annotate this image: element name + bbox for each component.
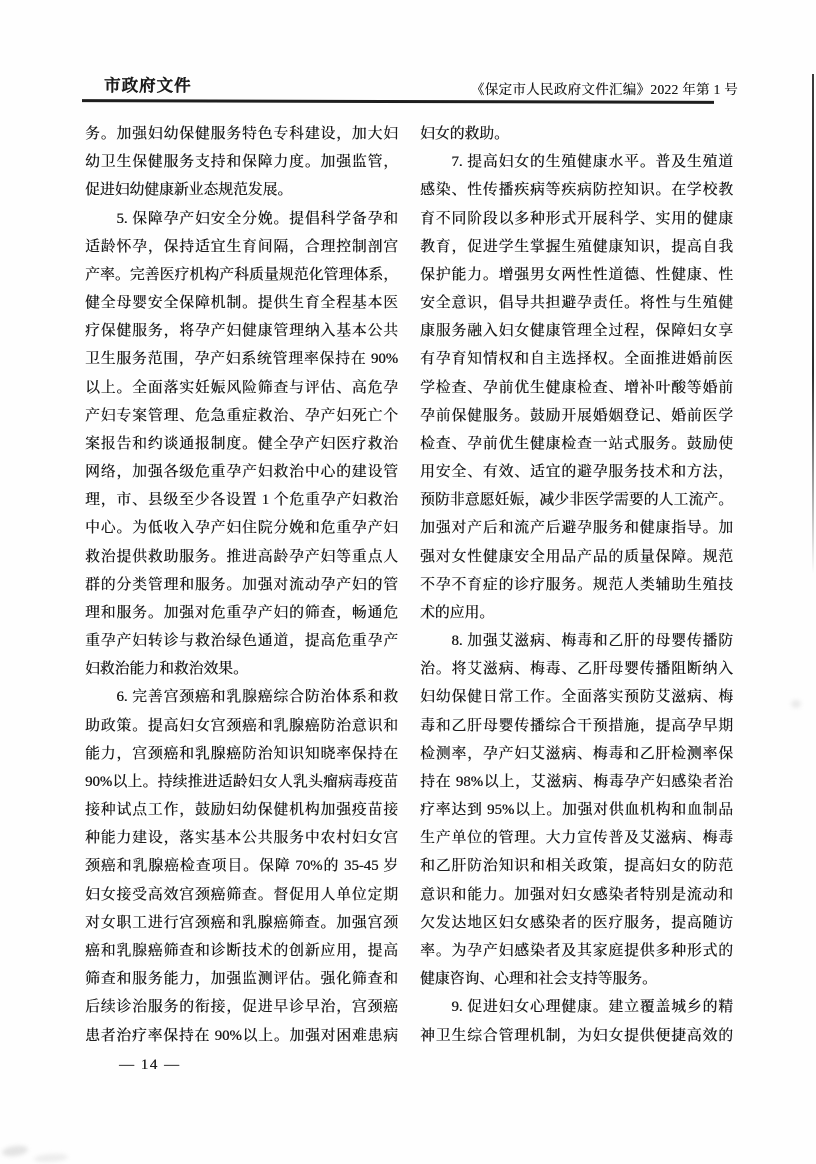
text-line: 重孕产妇转诊与救治绿色通道，提高危重孕产 xyxy=(85,627,398,655)
text-line: 对女职工进行宫颈癌和乳腺癌筛查。加强宫颈 xyxy=(85,909,398,937)
text-line: 理，市、县级至少各设置 1 个危重孕产妇救治 xyxy=(85,486,398,514)
text-line: 案报告和约谈通报制度。健全孕产妇医疗救治 xyxy=(85,430,398,458)
text-line: 用安全、有效、适宜的避孕服务技术和方法， xyxy=(420,458,733,486)
text-line: 群的分类管理和服务。加强对流动孕产妇的管 xyxy=(85,571,398,599)
text-line: 加强对产后和流产后避孕服务和健康指导。加 xyxy=(420,514,733,542)
text-line: 孕前保健服务。鼓励开展婚姻登记、婚前医学 xyxy=(420,402,733,430)
text-line: 能力，宫颈癌和乳腺癌防治知识知晓率保持在 xyxy=(85,740,398,768)
text-line: 癌和乳腺癌筛查和诊断技术的创新应用，提高 xyxy=(85,937,398,965)
text-line: 和乙肝防治知识和相关政策，提高妇女的防范 xyxy=(420,852,733,880)
text-line: 8. 加强艾滋病、梅毒和乙肝的母婴传播防 xyxy=(420,627,733,655)
document-page: 市政府文件 《保定市人民政府文件汇编》2022 年第 1 号 务。加强妇幼保健服… xyxy=(0,0,816,1164)
text-line: 健全母婴安全保障机制。提供生育全程基本医 xyxy=(85,289,398,317)
header-section-title: 市政府文件 xyxy=(104,72,192,96)
text-line: 6. 完善宫颈癌和乳腺癌综合防治体系和救 xyxy=(85,683,398,711)
right-column: 妇女的救助。 7. 提高妇女的生殖健康水平。普及生殖道感染、性传播疾病等疾病防控… xyxy=(420,120,733,1050)
header-rule xyxy=(82,99,714,104)
text-line: 康服务融入妇女健康管理全过程，保障妇女享 xyxy=(420,317,733,345)
text-line: 感染、性传播疾病等疾病防控知识。在学校教 xyxy=(420,176,733,204)
scan-edge-artifact xyxy=(812,74,814,574)
text-line: 不孕不育症的诊疗服务。规范人类辅助生殖技 xyxy=(420,571,733,599)
text-line: 90%以上。持续推进适龄妇女人乳头瘤病毒疫苗 xyxy=(85,768,398,796)
text-line: 治。将艾滋病、梅毒、乙肝母婴传播阻断纳入 xyxy=(420,655,733,683)
text-line: 学检查、孕前优生健康检查、增补叶酸等婚前 xyxy=(420,374,733,402)
text-line: 妇幼保健日常工作。全面落实预防艾滋病、梅 xyxy=(420,683,733,711)
text-line: 保护能力。增强男女两性性道德、性健康、性 xyxy=(420,261,733,289)
left-column: 务。加强妇幼保健服务特色专科建设，加大妇幼卫生保健服务支持和保障力度。加强监管，… xyxy=(85,120,398,1050)
text-line: 7. 提高妇女的生殖健康水平。普及生殖道 xyxy=(420,148,733,176)
text-line: 理和服务。加强对危重孕产妇的筛查，畅通危 xyxy=(85,599,398,627)
text-line: 助政策。提高妇女宫颈癌和乳腺癌防治意识和 xyxy=(85,712,398,740)
text-line: 9. 促进妇女心理健康。建立覆盖城乡的精 xyxy=(420,993,733,1021)
text-line: 神卫生综合管理机制，为妇女提供便捷高效的 xyxy=(420,1022,733,1050)
text-line: 率。为孕产妇感染者及其家庭提供多种形式的 xyxy=(420,937,733,965)
text-line: 妇救治能力和救治效果。 xyxy=(85,655,398,683)
text-line: 疗保健服务，将孕产妇健康管理纳入基本公共 xyxy=(85,317,398,345)
text-line: 检测率，孕产妇艾滋病、梅毒和乙肝检测率保 xyxy=(420,740,733,768)
text-line: 以上。全面落实妊娠风险筛查与评估、高危孕 xyxy=(85,374,398,402)
text-line: 颈癌和乳腺癌检查项目。保障 70%的 35-45 岁 xyxy=(85,852,398,880)
text-line: 网络，加强各级危重孕产妇救治中心的建设管 xyxy=(85,458,398,486)
text-line: 筛查和服务能力，加强监测评估。强化筛查和 xyxy=(85,965,398,993)
text-line: 5. 保障孕产妇安全分娩。提倡科学备孕和 xyxy=(85,205,398,233)
page-number: — 14 — xyxy=(119,1057,181,1074)
text-line: 欠发达地区妇女感染者的医疗服务，提高随访 xyxy=(420,909,733,937)
text-line: 妇女的救助。 xyxy=(420,120,733,148)
text-line: 安全意识，倡导共担避孕责任。将性与生殖健 xyxy=(420,289,733,317)
text-line: 后续诊治服务的衔接，促进早诊早治，宫颈癌 xyxy=(85,993,398,1021)
text-line: 育不同阶段以多种形式开展科学、实用的健康 xyxy=(420,205,733,233)
scan-artifact xyxy=(1,1144,28,1158)
text-line: 务。加强妇幼保健服务特色专科建设，加大妇 xyxy=(85,120,398,148)
text-line: 适龄怀孕，保持适宜生育间隔，合理控制剖宫 xyxy=(85,233,398,261)
text-line: 产妇专案管理、危急重症救治、孕产妇死亡个 xyxy=(85,402,398,430)
text-line: 意识和能力。加强对妇女感染者特别是流动和 xyxy=(420,881,733,909)
text-line: 检查、孕前优生健康检查一站式服务。鼓励使 xyxy=(420,430,733,458)
text-line: 中心。为低收入孕产妇住院分娩和危重孕产妇 xyxy=(85,514,398,542)
text-line: 妇女接受高效宫颈癌筛查。督促用人单位定期 xyxy=(85,881,398,909)
text-line: 有孕育知情权和自主选择权。全面推进婚前医 xyxy=(420,345,733,373)
text-line: 强对女性健康安全用品产品的质量保障。规范 xyxy=(420,543,733,571)
text-line: 救治提供救助服务。推进高龄孕产妇等重点人 xyxy=(85,543,398,571)
text-line: 健康咨询、心理和社会支持等服务。 xyxy=(420,965,733,993)
text-line: 患者治疗率保持在 90%以上。加强对困难患病 xyxy=(85,1022,398,1050)
text-line: 生产单位的管理。大力宣传普及艾滋病、梅毒 xyxy=(420,824,733,852)
text-line: 教育，促进学生掌握生殖健康知识，提高自我 xyxy=(420,233,733,261)
text-line: 术的应用。 xyxy=(420,599,733,627)
text-line: 促进妇幼健康新业态规范发展。 xyxy=(85,176,398,204)
text-line: 种能力建设，落实基本公共服务中农村妇女宫 xyxy=(85,824,398,852)
text-line: 持在 98%以上，艾滋病、梅毒孕产妇感染者治 xyxy=(420,768,733,796)
text-line: 卫生服务范围，孕产妇系统管理率保持在 90% xyxy=(85,345,398,373)
text-line: 接种试点工作，鼓励妇幼保健机构加强疫苗接 xyxy=(85,796,398,824)
text-line: 疗率达到 95%以上。加强对供血机构和血制品 xyxy=(420,796,733,824)
scan-artifact xyxy=(34,1153,68,1163)
scan-artifact xyxy=(791,700,801,708)
header-publication-title: 《保定市人民政府文件汇编》2022 年第 1 号 xyxy=(471,78,738,98)
text-line: 预防非意愿妊娠，减少非医学需要的人工流产。 xyxy=(420,486,733,514)
text-line: 幼卫生保健服务支持和保障力度。加强监管， xyxy=(85,148,398,176)
text-line: 毒和乙肝母婴传播综合干预措施，提高孕早期 xyxy=(420,712,733,740)
text-line: 产率。完善医疗机构产科质量规范化管理体系， xyxy=(85,261,398,289)
